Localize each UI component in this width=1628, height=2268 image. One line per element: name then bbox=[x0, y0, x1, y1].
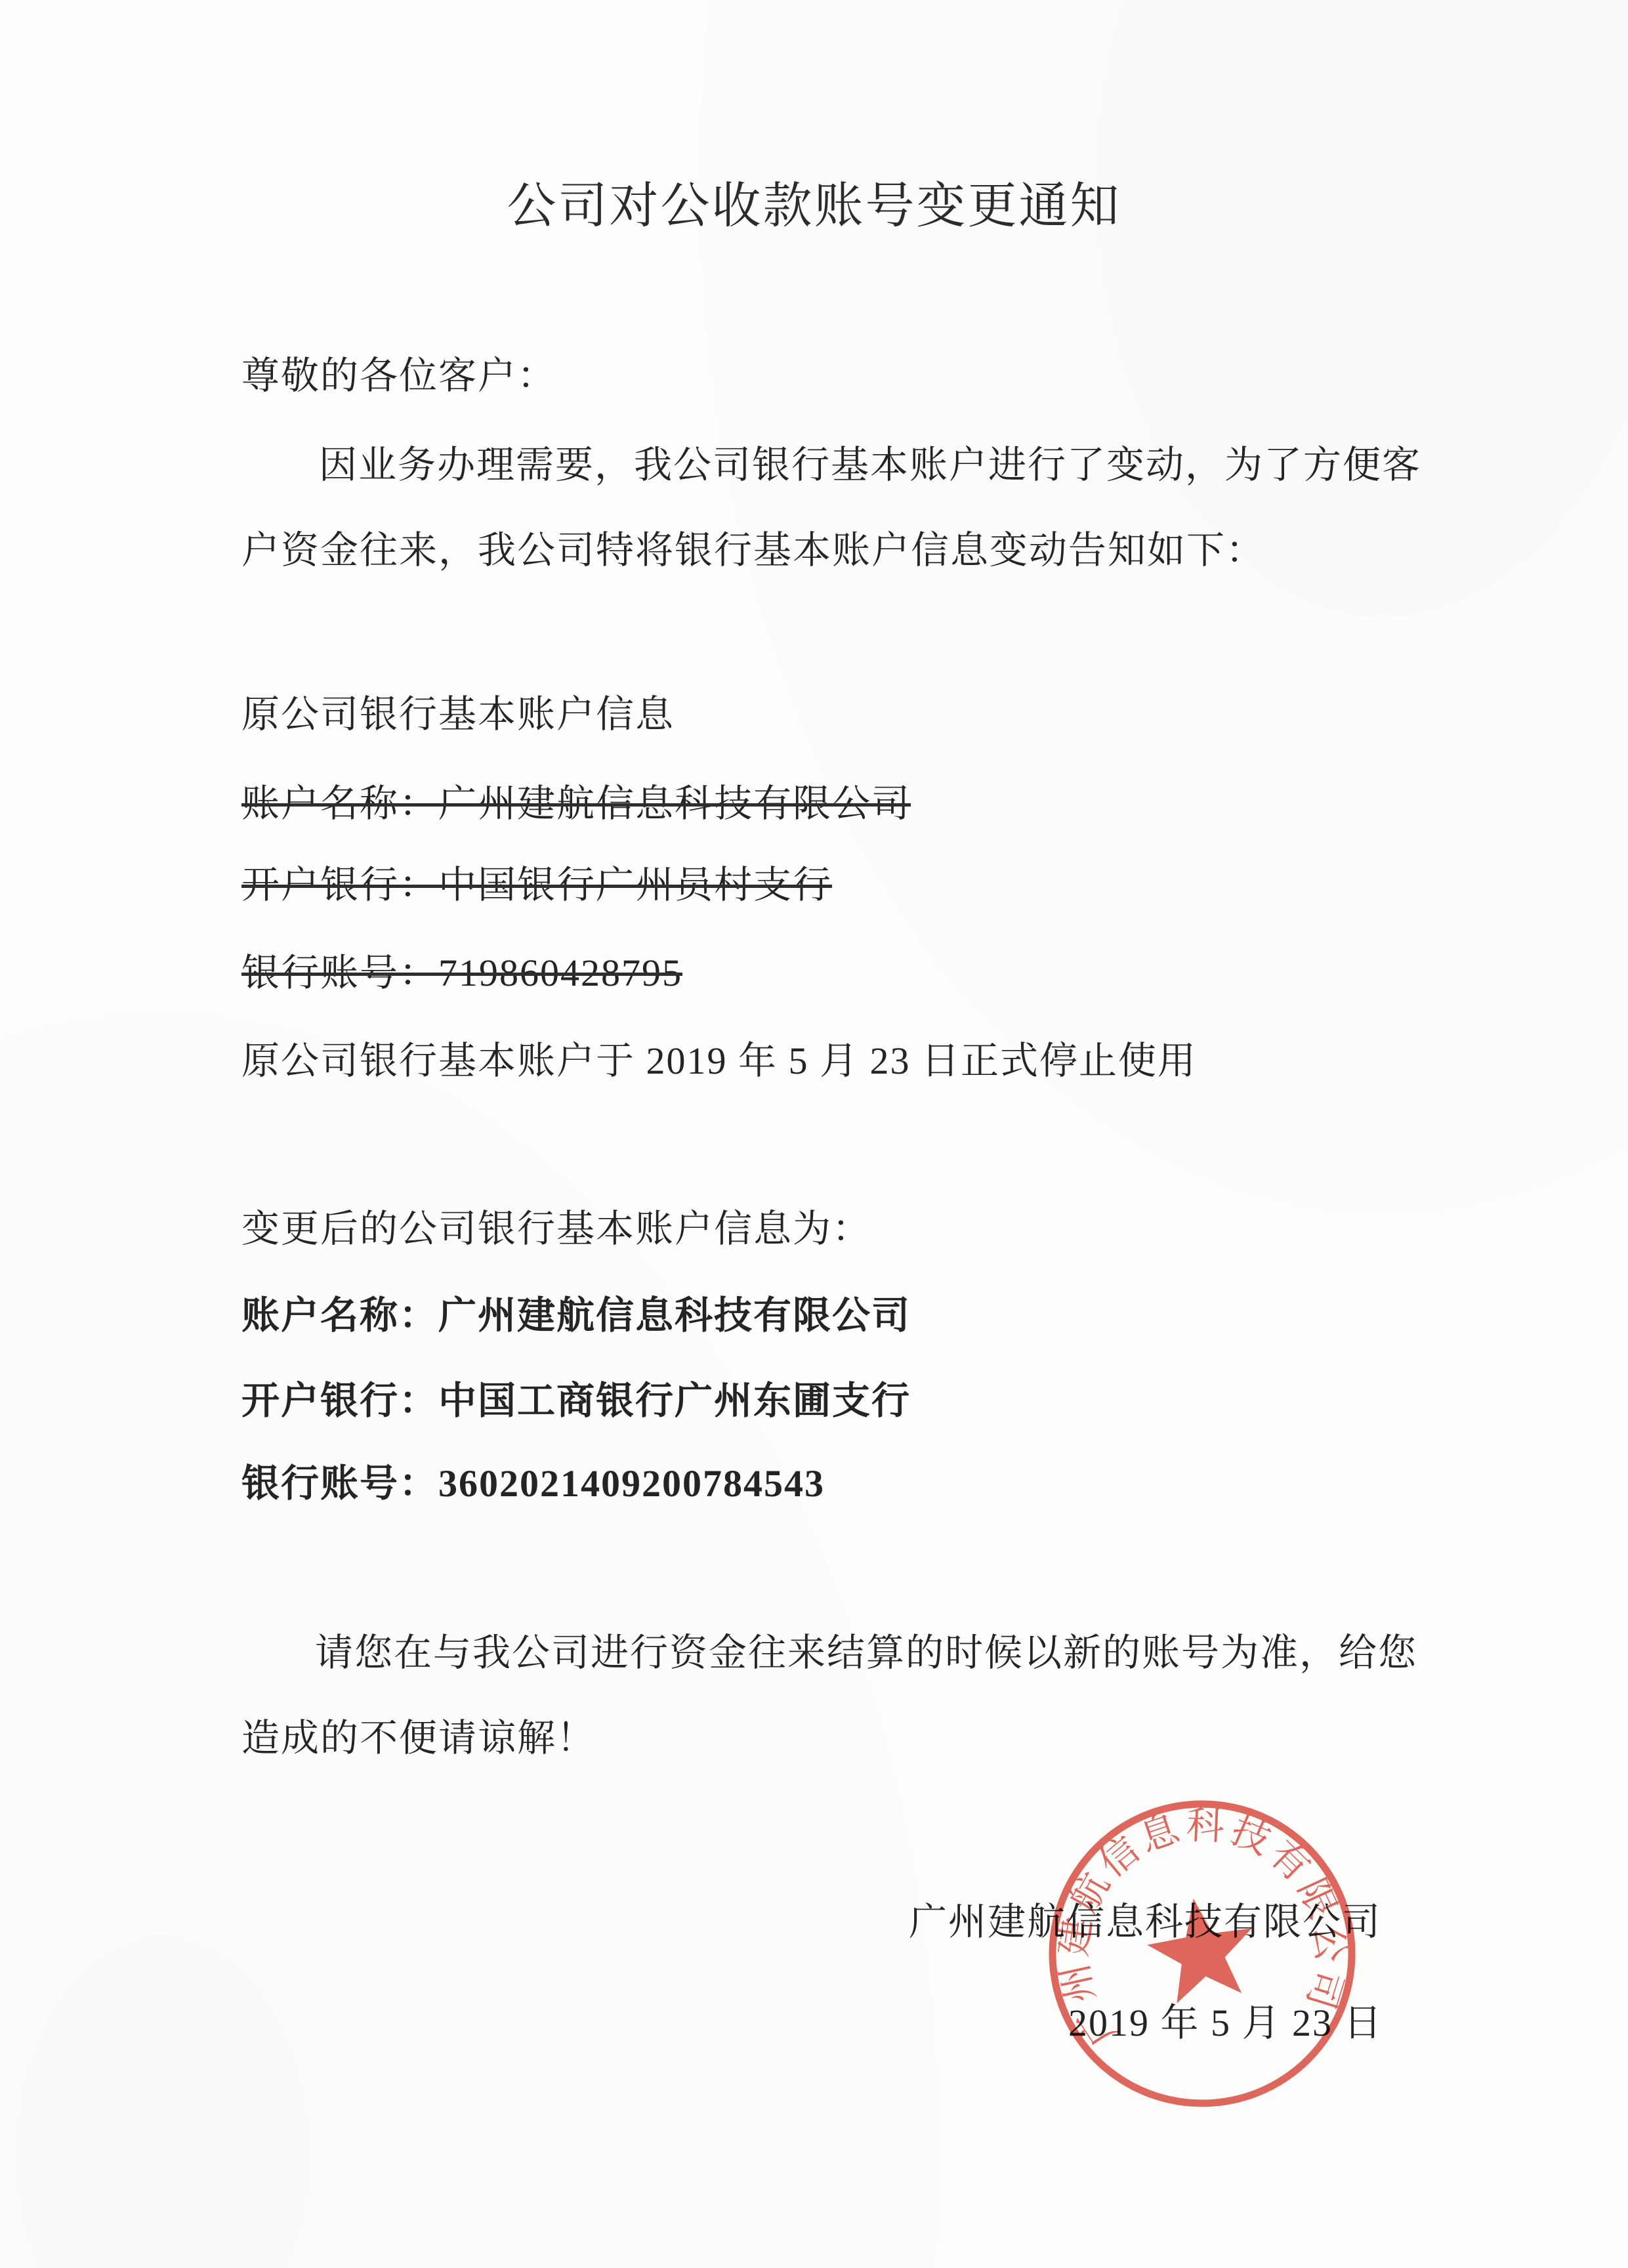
old-account-number: 银行账号：719860428795 bbox=[241, 952, 682, 996]
scanned-notice-page: 公司对公收款账号变更通知 尊敬的各位客户： 因业务办理需要，我公司银行基本账户进… bbox=[0, 0, 1628, 2268]
old-bank-name: 开户银行：中国银行广州员村支行 bbox=[241, 864, 832, 908]
closing-line-1: 请您在与我公司进行资金往来结算的时候以新的账号为准，给您 bbox=[315, 1631, 1417, 1675]
intro-line-1: 因业务办理需要，我公司银行基本账户进行了变动，为了方便客 bbox=[319, 444, 1421, 488]
company-seal-graphic: 广州建航信息科技有限公司 bbox=[1022, 1773, 1382, 2133]
intro-line-2: 户资金往来，我公司特将银行基本账户信息变动告知如下： bbox=[241, 529, 1265, 573]
closing-line-2: 造成的不便请谅解！ bbox=[241, 1717, 596, 1761]
new-account-heading: 变更后的公司银行基本账户信息为： bbox=[241, 1207, 871, 1251]
new-account-name: 账户名称：广州建航信息科技有限公司 bbox=[241, 1294, 911, 1338]
new-bank-name: 开户银行：中国工商银行广州东圃支行 bbox=[241, 1379, 911, 1423]
old-account-name: 账户名称：广州建航信息科技有限公司 bbox=[241, 782, 911, 826]
company-seal: 广州建航信息科技有限公司 bbox=[1022, 1773, 1382, 2133]
new-account-number: 银行账号：3602021409200784543 bbox=[241, 1462, 825, 1506]
seal-star-icon bbox=[1141, 1890, 1262, 2006]
salutation: 尊敬的各位客户： bbox=[241, 354, 556, 398]
old-account-stop-notice: 原公司银行基本账户于 2019 年 5 月 23 日正式停止使用 bbox=[241, 1039, 1197, 1083]
page-title: 公司对公收款账号变更通知 bbox=[0, 178, 1628, 235]
old-account-heading: 原公司银行基本账户信息 bbox=[241, 693, 675, 737]
